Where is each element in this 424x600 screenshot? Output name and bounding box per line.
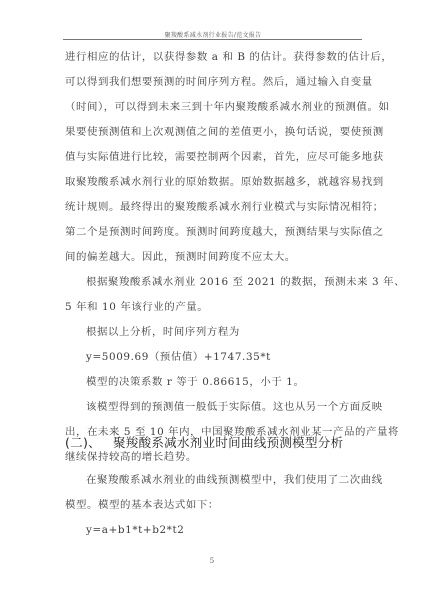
body-text-bottom: 在聚羧酸系减水剂业的曲线预测模型中，我们使用了二次曲线 模型。模型的基本表达式如…: [65, 468, 361, 543]
paragraph-line: （时间），可以得到未来三到十年内聚羧酸系减水剂业的预测值。如: [65, 95, 361, 120]
paragraph-line: 根据聚羧酸系减水剂业 2016 至 2021 的数据，预测未来 3 年、: [65, 270, 361, 295]
equation-line: y=a+b1*t+b2*t2: [65, 518, 361, 543]
equation-line: y=5009.69（预估值）+1747.35*t: [65, 345, 361, 370]
body-text-top: 进行相应的估计，以获得参数 a 和 B 的估计。获得参数的估计后， 可以得到我们…: [65, 45, 361, 470]
paragraph-line: 可以得到我们想要预测的时间序列方程。然后，通过输入自变量: [65, 70, 361, 95]
paragraph-line: 模型的决策系数 r 等于 0.86615，小于 1。: [65, 370, 361, 395]
paragraph-line: 果要使预测值和上次观测值之间的差值更小，换句话说，要使预测: [65, 120, 361, 145]
header-divider: [63, 39, 362, 40]
section-title: 聚羧酸系减水剂业时间曲线预测模型分析: [113, 435, 343, 450]
document-page: 聚羧酸系减水剂行业报告/范文报告 进行相应的估计，以获得参数 a 和 B 的估计…: [0, 0, 424, 600]
paragraph-line: 统计规则。最终得出的聚羧酸系减水剂行业模式与实际情况相符；: [65, 195, 361, 220]
paragraph-line: 根据以上分析，时间序列方程为: [65, 320, 361, 345]
paragraph-line: 间的偏差越大。因此，预测时间跨度不应太大。: [65, 245, 361, 270]
running-header: 聚羧酸系减水剂行业报告/范文报告: [64, 30, 362, 39]
paragraph-line: 该模型得到的预测值一般低于实际值。这也从另一个方面反映: [65, 395, 361, 420]
paragraph-line: 模型。模型的基本表达式如下：: [65, 493, 361, 518]
paragraph-line: 5 年和 10 年该行业的产量。: [65, 295, 361, 320]
section-heading: (二)、聚羧酸系减水剂业时间曲线预测模型分析: [65, 433, 343, 451]
paragraph-line: 取聚羧酸系减水剂行业的原始数据。原始数据越多，就越容易找到: [65, 170, 361, 195]
paragraph-line: 值与实际值进行比较，需要控制两个因素，首先，应尽可能多地获: [65, 145, 361, 170]
paragraph-line: 进行相应的估计，以获得参数 a 和 B 的估计。获得参数的估计后，: [65, 45, 361, 70]
paragraph-line: 在聚羧酸系减水剂业的曲线预测模型中，我们使用了二次曲线: [65, 468, 361, 493]
section-number: (二)、: [65, 435, 101, 450]
paragraph-line: 第二个是预测时间跨度。预测时间跨度越大，预测结果与实际值之: [65, 220, 361, 245]
page-number: 5: [0, 557, 424, 565]
